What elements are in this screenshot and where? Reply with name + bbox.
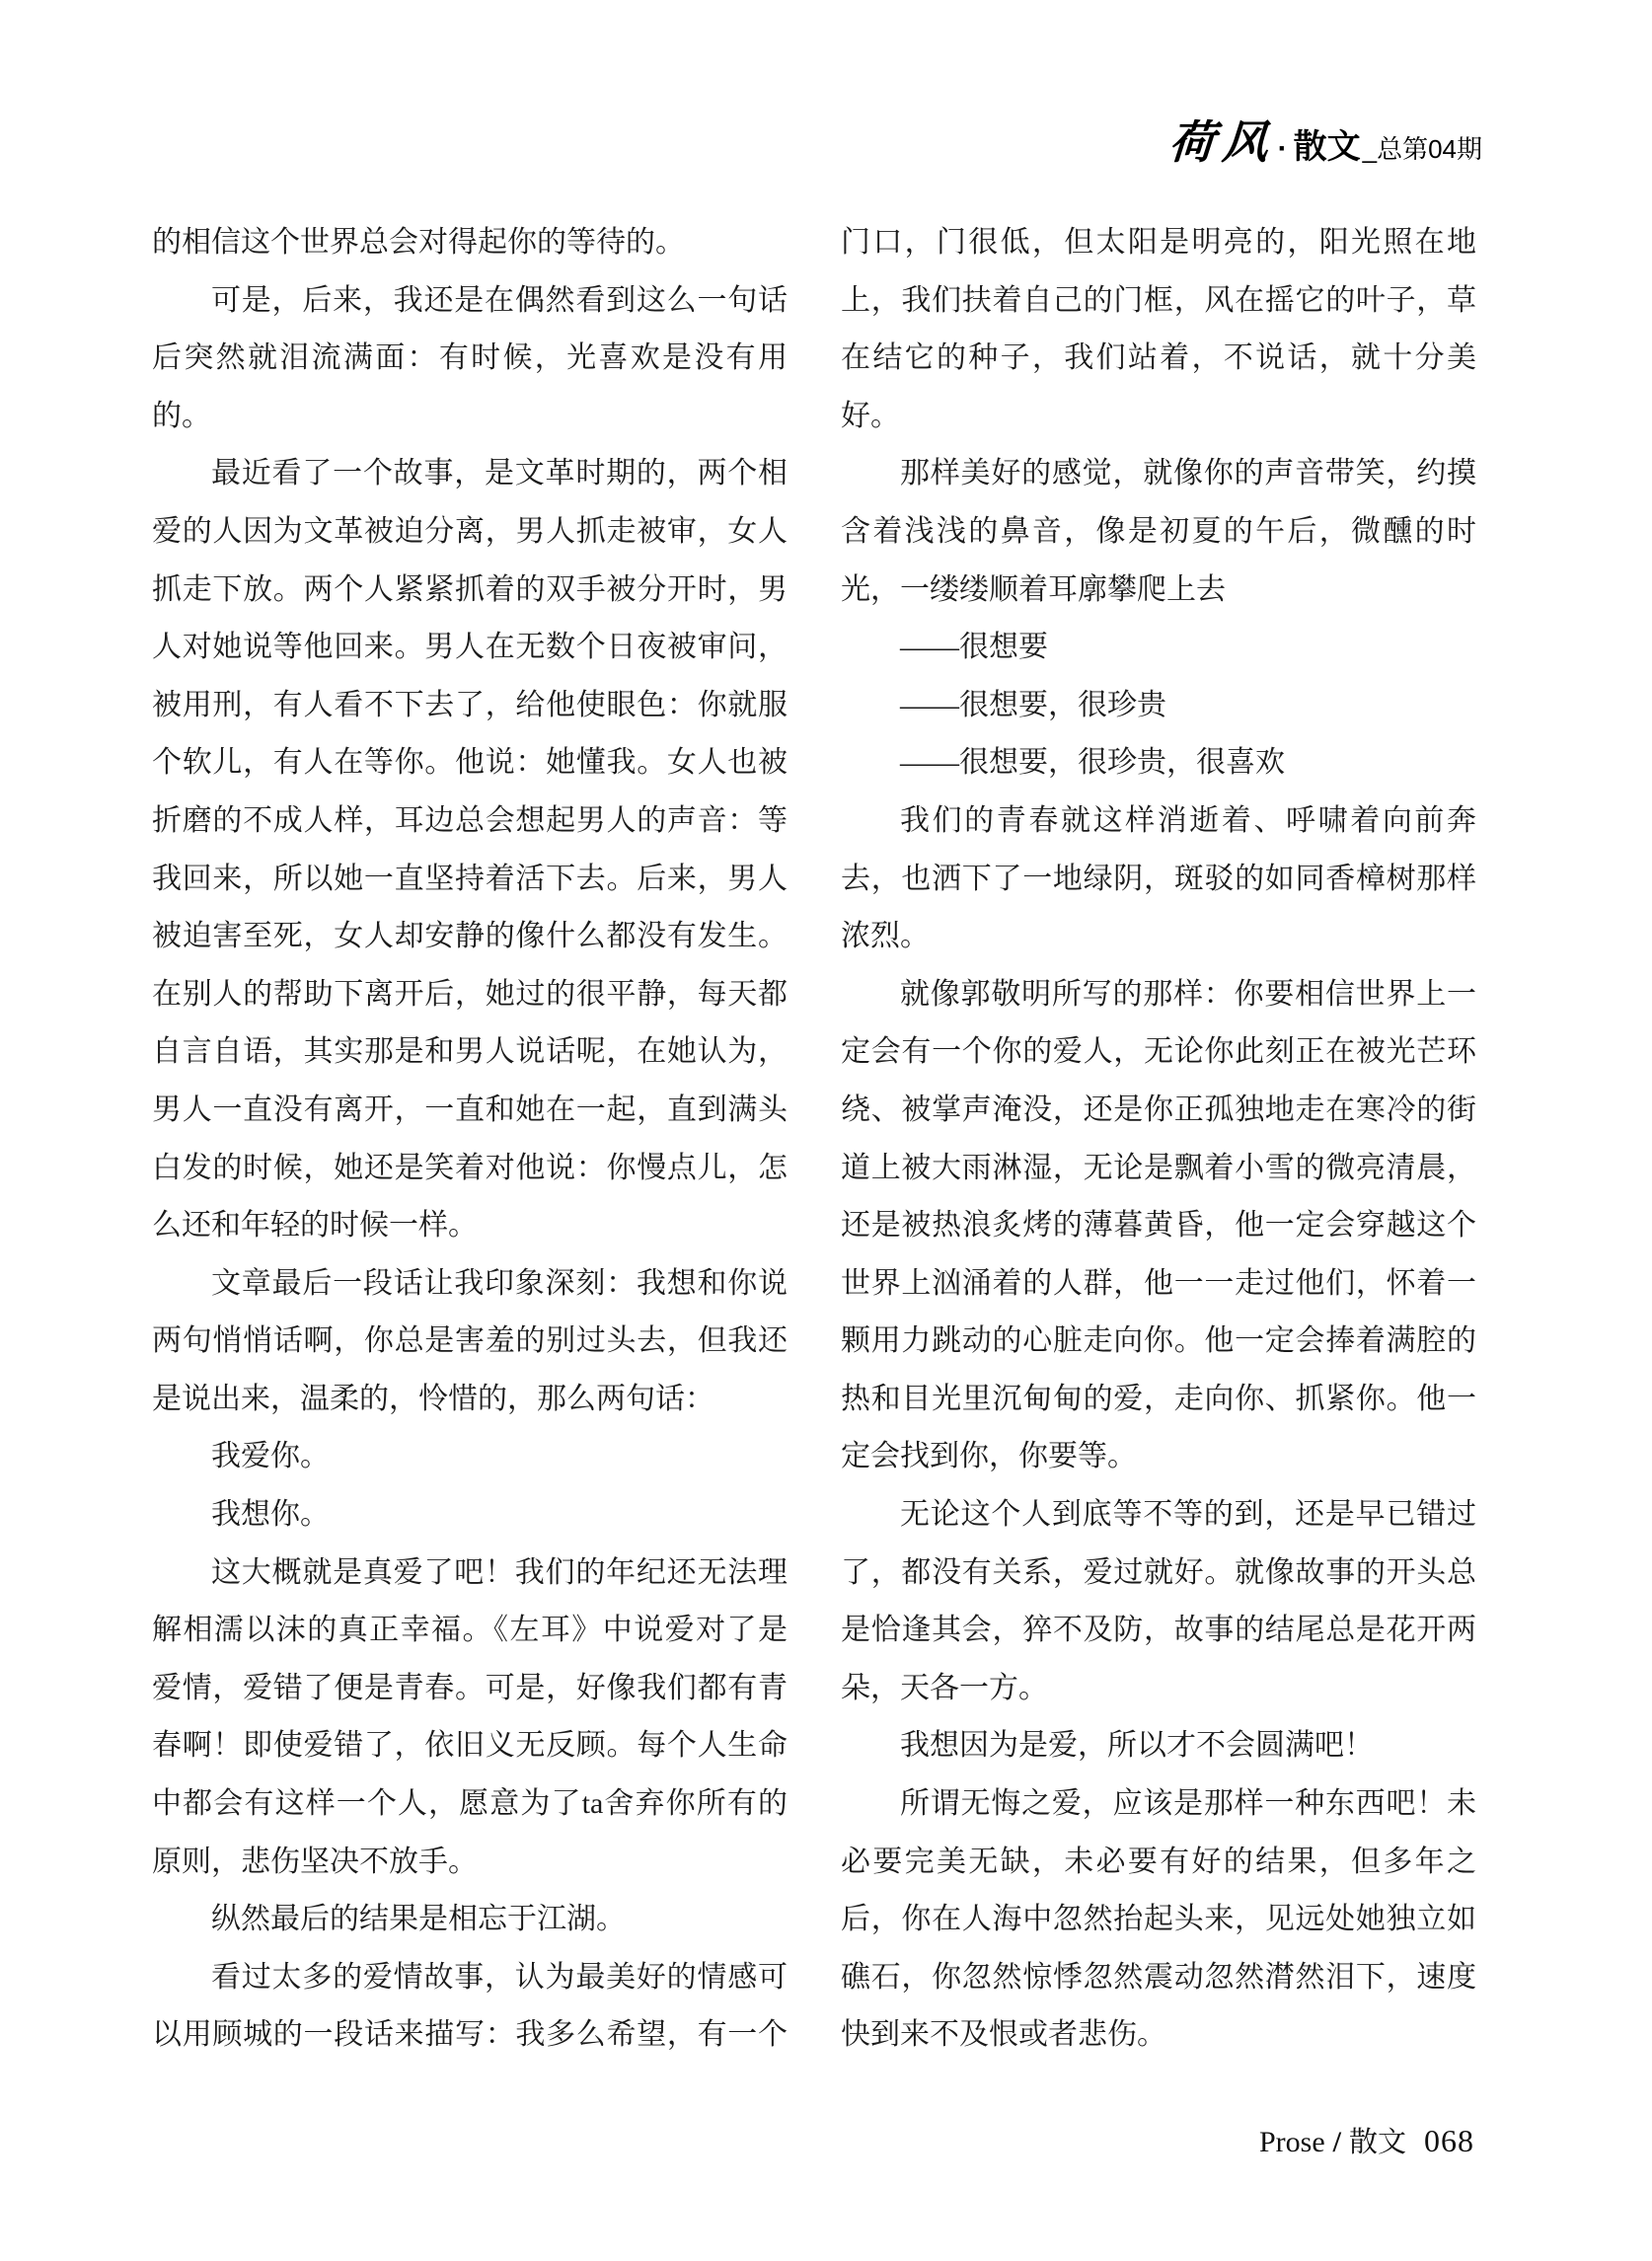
text-line: 就像郭敬明所写的那样：你要相信世界上一 [841, 966, 1476, 1024]
text-line: 看过太多的爱情故事，认为最美好的情感可 [152, 1949, 788, 2007]
text-line: 在结它的种子，我们站着，不说话，就十分美 [841, 330, 1476, 388]
text-line: 绕、被掌声淹没，还是你正孤独地走在寒冷的街 [841, 1082, 1476, 1140]
text-line: 上，我们扶着自己的门框，风在摇它的叶子，草 [841, 272, 1476, 331]
text-line: 后，你在人海中忽然抬起头来，见远处她独立如 [841, 1891, 1476, 1949]
logo-separator-dot: · [1278, 132, 1288, 166]
text-line: 必要完美无缺，未必要有好的结果，但多年之 [841, 1834, 1476, 1892]
text-line: 礁石，你忽然惊悸忽然震动忽然潸然泪下，速度 [841, 1949, 1476, 2007]
text-line: 是恰逢其会，猝不及防，故事的结尾总是花开两 [841, 1602, 1476, 1660]
text-line: 被用刑，有人看不下去了，给他使眼色：你就服 [152, 677, 788, 735]
text-line: 门口，门很低，但太阳是明亮的，阳光照在地 [841, 214, 1476, 272]
text-line: 是说出来，温柔的，怜惜的，那么两句话： [152, 1371, 788, 1429]
magazine-logo-script: 荷风 [1166, 107, 1278, 172]
text-line: 最近看了一个故事，是文革时期的，两个相 [152, 445, 788, 503]
logo-section-title: 散文 [1294, 119, 1361, 168]
text-line: 定会找到你，你要等。 [841, 1428, 1476, 1486]
footer-label-cn: 散文 [1349, 2120, 1406, 2160]
text-line: 快到来不及恨或者悲伤。 [841, 2006, 1476, 2065]
text-line: 抓走下放。两个人紧紧抓着的双手被分开时，男 [152, 562, 788, 620]
text-line: 男人一直没有离开，一直和她在一起，直到满头 [152, 1082, 788, 1140]
text-line: 解相濡以沫的真正幸福。《左耳》中说爱对了是 [152, 1602, 788, 1660]
text-line: 好。 [841, 388, 1476, 446]
text-line: 在别人的帮助下离开后，她过的很平静，每天都 [152, 966, 788, 1024]
text-line: 春啊！即使爱错了，依旧义无反顾。每个人生命 [152, 1717, 788, 1775]
text-line: 个软儿，有人在等你。他说：她懂我。女人也被 [152, 734, 788, 792]
text-line: 两句悄悄话啊，你总是害羞的别过头去，但我还 [152, 1313, 788, 1371]
text-line: 被迫害至死，女人却安静的像什么都没有发生。 [152, 908, 788, 966]
text-line: 以用顾城的一段话来描写：我多么希望，有一个 [152, 2006, 788, 2065]
text-line: 我们的青春就这样消逝着、呼啸着向前奔 [841, 792, 1476, 851]
text-line: 文章最后一段话让我印象深刻：我想和你说 [152, 1255, 788, 1314]
magazine-header: 荷风 · 散文 _总第04期 [1169, 107, 1482, 172]
text-line: 人对她说等他回来。男人在无数个日夜被审问， [152, 619, 788, 677]
text-line: 我爱你。 [152, 1428, 788, 1486]
text-line: 了，都没有关系，爱过就好。就像故事的开头总 [841, 1545, 1476, 1603]
text-line: ——很想要，很珍贵，很喜欢 [841, 734, 1476, 792]
text-line: 朵，天各一方。 [841, 1660, 1476, 1718]
text-line: 爱的人因为文革被迫分离，男人抓走被审，女人 [152, 503, 788, 562]
text-line: ——很想要，很珍贵 [841, 677, 1476, 735]
text-line: 的。 [152, 388, 788, 446]
text-line: 这大概就是真爱了吧！我们的年纪还无法理 [152, 1545, 788, 1603]
text-line: 后突然就泪流满面：有时候，光喜欢是没有用 [152, 330, 788, 388]
text-line: ——很想要 [841, 619, 1476, 677]
text-line: 我回来，所以她一直坚持着活下去。后来，男人 [152, 851, 788, 909]
text-line: 原则，悲伤坚决不放手。 [152, 1834, 788, 1892]
footer-page-number: 068 [1424, 2123, 1474, 2159]
text-line: 无论这个人到底等不等的到，还是早已错过 [841, 1486, 1476, 1545]
text-line: 道上被大雨淋湿，无论是飘着小雪的微亮清晨， [841, 1140, 1476, 1198]
text-line: 还是被热浪炙烤的薄暮黄昏，他一定会穿越这个 [841, 1197, 1476, 1255]
text-line: 自言自语，其实那是和男人说话呢，在她认为， [152, 1023, 788, 1082]
text-line: 爱情，爱错了便是青春。可是，好像我们都有青 [152, 1660, 788, 1718]
text-line: 白发的时候，她还是笑着对他说：你慢点儿，怎 [152, 1140, 788, 1198]
left-column: 的相信这个世界总会对得起你的等待的。可是，后来，我还是在偶然看到这么一句话后突然… [152, 214, 788, 2065]
text-line: 浓烈。 [841, 908, 1476, 966]
text-line: 热和目光里沉甸甸的爱，走向你、抓紧你。他一 [841, 1371, 1476, 1429]
footer-label-en: Prose [1259, 2126, 1325, 2159]
text-line: 中都会有这样一个人，愿意为了ta舍弃你所有的 [152, 1775, 788, 1834]
footer-separator: / [1333, 2126, 1341, 2159]
text-line: 么还和年轻的时候一样。 [152, 1197, 788, 1255]
right-column: 门口，门很低，但太阳是明亮的，阳光照在地上，我们扶着自己的门框，风在摇它的叶子，… [841, 214, 1476, 2065]
text-line: 可是，后来，我还是在偶然看到这么一句话 [152, 272, 788, 331]
text-line: 光，一缕缕顺着耳廓攀爬上去 [841, 562, 1476, 620]
text-line: 颗用力跳动的心脏走向你。他一定会捧着满腔的 [841, 1313, 1476, 1371]
text-line: 我想因为是爱，所以才不会圆满吧！ [841, 1717, 1476, 1775]
text-line: 纵然最后的结果是相忘于江湖。 [152, 1891, 788, 1949]
page-footer: Prose / 散文 068 [1259, 2120, 1474, 2160]
text-line: 定会有一个你的爱人，无论你此刻正在被光芒环 [841, 1023, 1476, 1082]
text-line: 世界上汹涌着的人群，他一一走过他们，怀着一 [841, 1255, 1476, 1314]
text-line: 折磨的不成人样，耳边总会想起男人的声音：等 [152, 792, 788, 851]
text-line: 含着浅浅的鼻音，像是初夏的午后，微醺的时 [841, 503, 1476, 562]
text-line: 所谓无悔之爱，应该是那样一种东西吧！未 [841, 1775, 1476, 1834]
text-line: 的相信这个世界总会对得起你的等待的。 [152, 214, 788, 272]
logo-issue-number: _总第04期 [1363, 129, 1482, 166]
text-line: 去，也洒下了一地绿阴，斑驳的如同香樟树那样 [841, 851, 1476, 909]
text-line: 那样美好的感觉，就像你的声音带笑，约摸 [841, 445, 1476, 503]
text-line: 我想你。 [152, 1486, 788, 1545]
